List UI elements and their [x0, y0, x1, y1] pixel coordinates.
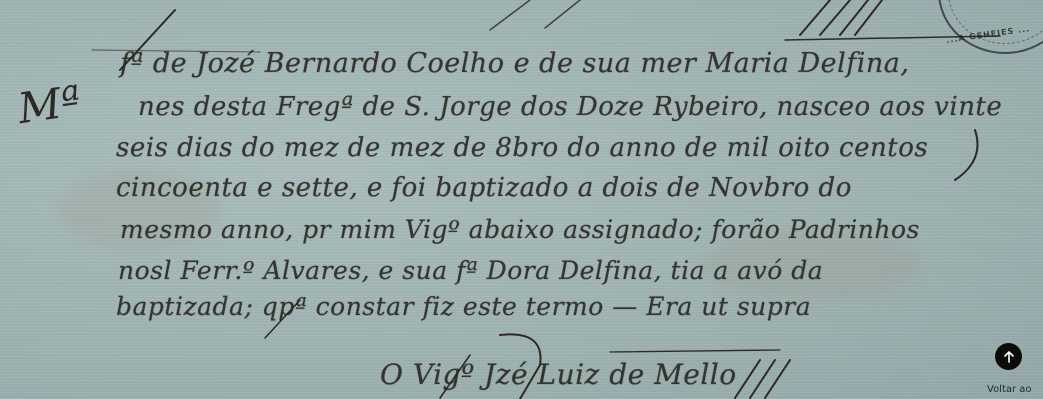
margin-note: Mª [15, 76, 84, 133]
back-to-top-label[interactable]: Voltar ao [987, 384, 1032, 395]
arrow-up-icon [1002, 350, 1016, 364]
manuscript-line: baptizada; qpª constar fiz este termo — … [116, 292, 811, 321]
vertical-margin-note: ... Alves [0, 202, 3, 254]
signature: O Vigº Jzé Luiz de Mello [380, 358, 737, 391]
manuscript-line: mesmo anno, pr mim Vigº abaixo assignado… [120, 215, 920, 244]
manuscript-line: fª de Jozé Bernardo Coelho e de sua mer … [120, 48, 909, 79]
back-to-top-button[interactable] [995, 343, 1022, 370]
manuscript-line: nes desta Fregª de S. Jorge dos Doze Ryb… [138, 92, 1002, 122]
manuscript-line: seis dias do mez de mez de 8bro do anno … [116, 133, 928, 163]
manuscript-line: nosl Ferr.º Alvares, e sua fª Dora Delfi… [118, 256, 823, 285]
manuscript-line: cincoenta e sette, e foi baptizado a doi… [116, 173, 852, 203]
